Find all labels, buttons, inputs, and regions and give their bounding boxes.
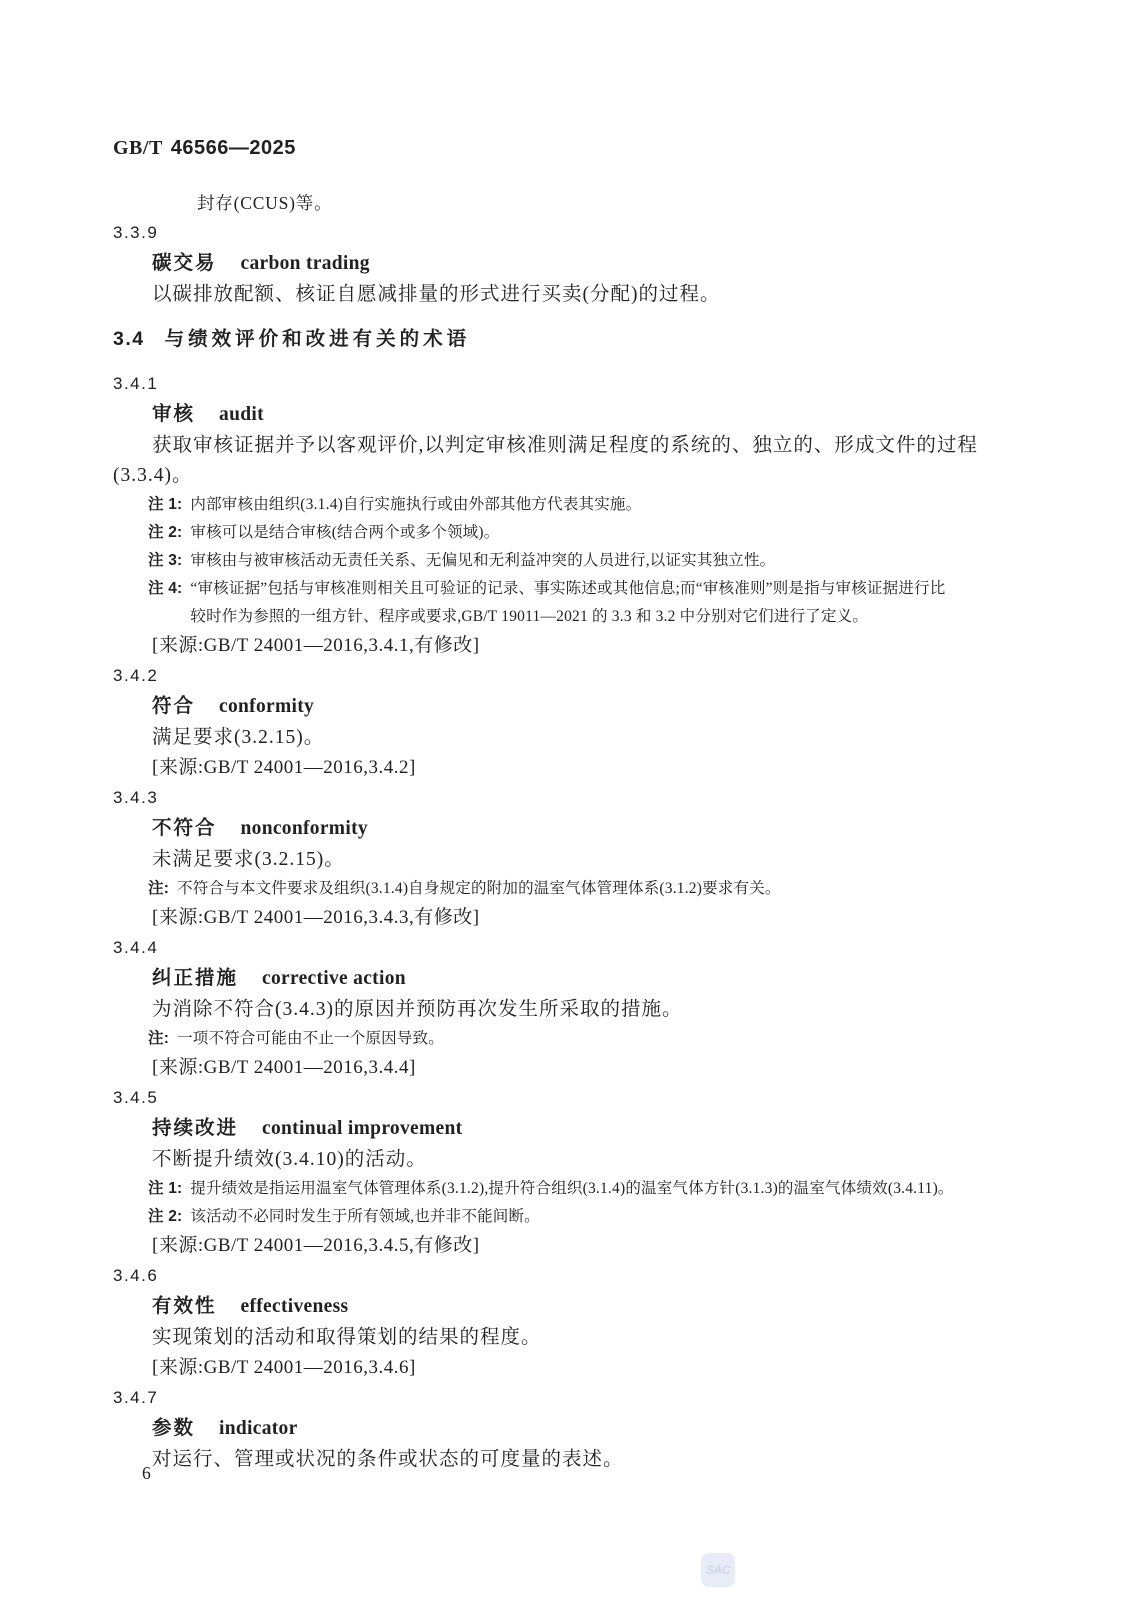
note-label: 注 1: [148, 491, 182, 519]
note-label: 注 3: [148, 547, 182, 575]
note-line: 注 2:该活动不必同时发生于所有领域,也并非不能间断。 [148, 1203, 960, 1231]
clause-number: 3.4.1 [113, 369, 1021, 399]
sac-watermark-text: SAC [706, 1563, 730, 1577]
term-line: 不符合nonconformity [113, 813, 1021, 845]
note-line: 注:一项不符合可能由不止一个原因导致。 [148, 1025, 960, 1053]
note-label: 注 2: [148, 519, 182, 547]
term-chinese: 不符合 [152, 817, 217, 839]
sac-watermark-logo: SAC [701, 1553, 735, 1587]
note-text: 内部审核由组织(3.1.4)自行实施执行或由外部其他方代表其实施。 [190, 491, 960, 519]
term-english: continual improvement [262, 1118, 462, 1139]
note-line: 注 3:审核由与被审核活动无责任关系、无偏见和无利益冲突的人员进行,以证实其独立… [148, 547, 960, 575]
page-number: 6 [142, 1463, 151, 1484]
note-label: 注 1: [148, 1175, 182, 1203]
definition-text: 满足要求(3.2.15)。 [113, 723, 1021, 753]
source-reference: [来源:GB/T 24001—2016,3.4.2] [113, 753, 1021, 783]
standard-number: 46566—2025 [171, 137, 296, 159]
term-line: 参数indicator [113, 1413, 1021, 1445]
definition-text: 未满足要求(3.2.15)。 [113, 845, 1021, 875]
term-line: 碳交易carbon trading [113, 248, 1021, 280]
source-reference: [来源:GB/T 24001—2016,3.4.3,有修改] [113, 903, 1021, 933]
note-label: 注: [148, 1025, 169, 1053]
definition-text: 对运行、管理或状况的条件或状态的可度量的表述。 [113, 1445, 1021, 1475]
term-chinese: 符合 [152, 695, 195, 717]
definition-text: 为消除不符合(3.4.3)的原因并预防再次发生所采取的措施。 [113, 995, 1021, 1025]
term-chinese: 有效性 [152, 1295, 217, 1317]
term-line: 纠正措施corrective action [113, 963, 1021, 995]
standard-code: GB/T [113, 137, 163, 159]
note-text: 不符合与本文件要求及组织(3.1.4)自身规定的附加的温室气体管理体系(3.1.… [177, 875, 960, 903]
note-text: “审核证据”包括与审核准则相关且可验证的记录、事实陈述或其他信息;而“审核准则”… [190, 575, 960, 631]
term-chinese: 碳交易 [152, 252, 217, 274]
continuation-paragraph: 封存(CCUS)等。 [197, 188, 1021, 218]
clause-number: 3.3.9 [113, 218, 1021, 248]
note-text: 一项不符合可能由不止一个原因导致。 [177, 1025, 960, 1053]
term-english: indicator [219, 1418, 298, 1439]
term-line: 审核audit [113, 399, 1021, 431]
document-content: 封存(CCUS)等。3.3.9碳交易carbon trading以碳排放配额、核… [113, 188, 1021, 1475]
source-reference: [来源:GB/T 24001—2016,3.4.4] [113, 1053, 1021, 1083]
note-text: 该活动不必同时发生于所有领域,也并非不能间断。 [190, 1203, 960, 1231]
standard-number-header: GB/T46566—2025 [113, 137, 296, 160]
definition-text: 获取审核证据并予以客观评价,以判定审核准则满足程度的系统的、独立的、形成文件的过… [113, 431, 1021, 491]
term-english: audit [219, 404, 264, 425]
clause-number: 3.4.5 [113, 1083, 1021, 1113]
clause-number: 3.4.6 [113, 1261, 1021, 1291]
note-label: 注: [148, 875, 169, 903]
term-english: corrective action [262, 968, 406, 989]
note-label: 注 2: [148, 1203, 182, 1231]
note-line: 注 4:“审核证据”包括与审核准则相关且可验证的记录、事实陈述或其他信息;而“审… [148, 575, 960, 631]
term-line: 有效性effectiveness [113, 1291, 1021, 1323]
note-text: 审核可以是结合审核(结合两个或多个领域)。 [190, 519, 960, 547]
document-page: GB/T46566—2025 封存(CCUS)等。3.3.9碳交易carbon … [0, 0, 1131, 1600]
term-english: conformity [219, 696, 314, 717]
note-text: 提升绩效是指运用温室气体管理体系(3.1.2),提升符合组织(3.1.4)的温室… [190, 1175, 960, 1203]
source-reference: [来源:GB/T 24001—2016,3.4.1,有修改] [113, 631, 1021, 661]
definition-text: 以碳排放配额、核证自愿减排量的形式进行买卖(分配)的过程。 [113, 280, 1021, 310]
clause-number: 3.4.7 [113, 1383, 1021, 1413]
note-line: 注 1:提升绩效是指运用温室气体管理体系(3.1.2),提升符合组织(3.1.4… [148, 1175, 960, 1203]
term-line: 持续改进continual improvement [113, 1113, 1021, 1145]
definition-text: 实现策划的活动和取得策划的结果的程度。 [113, 1323, 1021, 1353]
term-english: effectiveness [241, 1296, 349, 1317]
clause-number: 3.4.3 [113, 783, 1021, 813]
clause-number: 3.4.4 [113, 933, 1021, 963]
term-chinese: 纠正措施 [152, 967, 238, 989]
term-english: nonconformity [241, 818, 368, 839]
term-chinese: 审核 [152, 403, 195, 425]
section-number: 3.4 [113, 328, 145, 350]
term-line: 符合conformity [113, 691, 1021, 723]
note-label: 注 4: [148, 575, 182, 603]
term-chinese: 参数 [152, 1417, 195, 1439]
source-reference: [来源:GB/T 24001—2016,3.4.6] [113, 1353, 1021, 1383]
section-heading: 3.4与绩效评价和改进有关的术语 [113, 324, 1021, 354]
source-reference: [来源:GB/T 24001—2016,3.4.5,有修改] [113, 1231, 1021, 1261]
section-title: 与绩效评价和改进有关的术语 [165, 328, 471, 350]
note-line: 注 2:审核可以是结合审核(结合两个或多个领域)。 [148, 519, 960, 547]
note-line: 注 1:内部审核由组织(3.1.4)自行实施执行或由外部其他方代表其实施。 [148, 491, 960, 519]
definition-text: 不断提升绩效(3.4.10)的活动。 [113, 1145, 1021, 1175]
note-line: 注:不符合与本文件要求及组织(3.1.4)自身规定的附加的温室气体管理体系(3.… [148, 875, 960, 903]
term-chinese: 持续改进 [152, 1117, 238, 1139]
clause-number: 3.4.2 [113, 661, 1021, 691]
note-text: 审核由与被审核活动无责任关系、无偏见和无利益冲突的人员进行,以证实其独立性。 [190, 547, 960, 575]
term-english: carbon trading [241, 253, 370, 274]
